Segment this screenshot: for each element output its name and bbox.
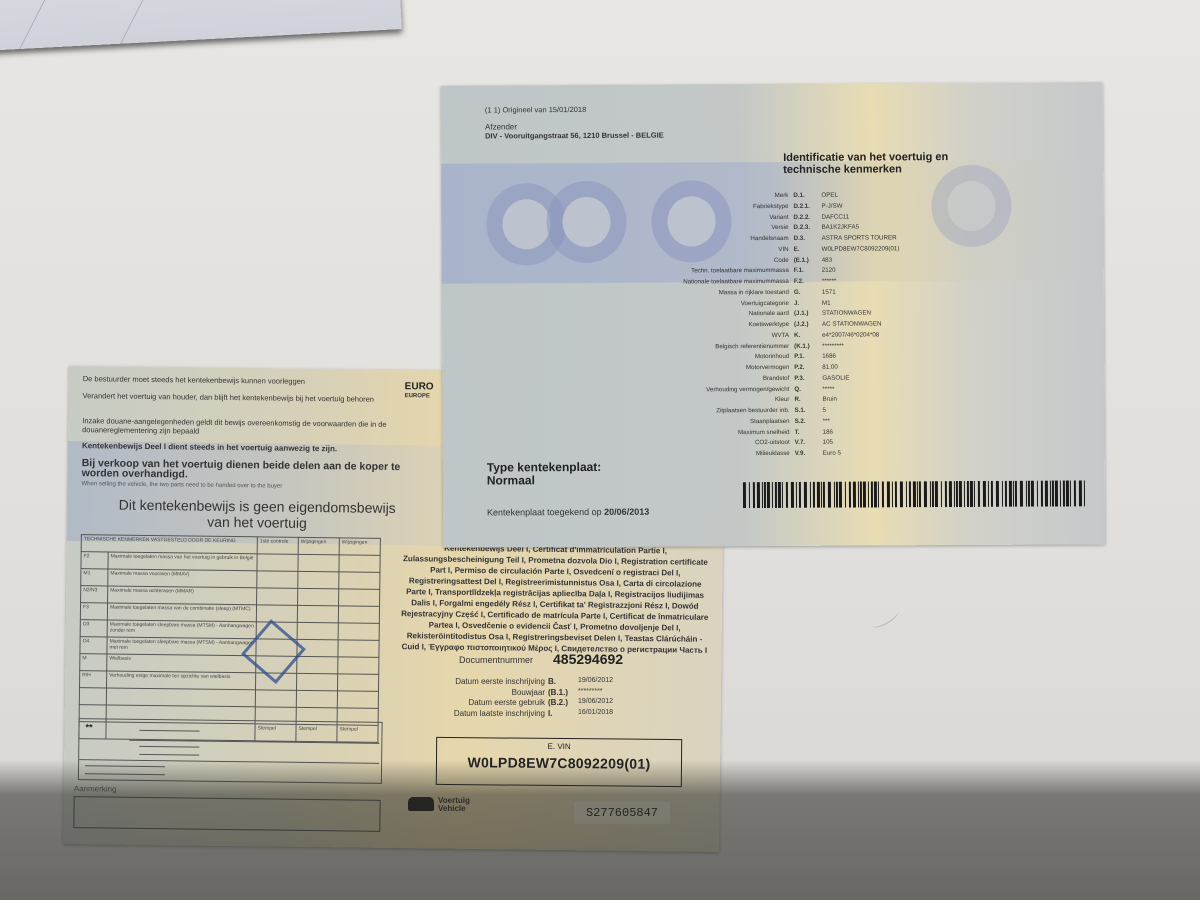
spec-code: P.2. (794, 364, 804, 371)
original-date: (1 1) Origineel van 15/01/2018 (485, 105, 586, 115)
row-code: O3 (80, 620, 107, 637)
section-title-line-1: Identificatie van het voertuig en (783, 151, 948, 164)
spec-value: Bruin (822, 396, 836, 403)
plate-type: Type kentekenplaat: Normaal (487, 461, 602, 488)
row-code: F3 (80, 603, 107, 620)
spec-code: S.2. (795, 418, 806, 425)
spec-value: e4*2007/46*0204*08 (822, 331, 879, 338)
spec-value: *** (823, 417, 830, 424)
row-text: Maximale massa voorasen (MMAV) (108, 569, 257, 588)
spec-code: P.3. (794, 375, 804, 382)
spec-label: Motorinhoud (755, 353, 789, 360)
spec-label: Verhouding vermogen/gewicht (706, 385, 789, 392)
annotation-label: Aanmerking (74, 784, 117, 794)
spec-label: Massa in rijklare toestand (719, 289, 789, 296)
spec-code: E. (794, 246, 800, 253)
spec-value: GASOLIE (822, 374, 849, 381)
serial-number: S277605847 (574, 802, 670, 824)
spec-value: ********* (822, 342, 844, 349)
date-code: (B.1.) (548, 688, 568, 697)
table-header: Wijzigingen (298, 537, 339, 554)
row-text: Maximale massa achterasen (MMAR) (108, 586, 257, 605)
spec-label: Motorvermogen (746, 364, 789, 371)
spec-label: Kleur (775, 396, 789, 403)
date-label: Datum eerste inschrijving (455, 677, 545, 686)
date-label: Datum eerste gebruik (469, 698, 545, 707)
spec-label: Zitplaatsen bestuurder inb. (716, 407, 789, 414)
spec-label: Brandstof (763, 375, 790, 382)
barcode (743, 480, 1086, 508)
spec-label: Milieuklasse (756, 450, 790, 457)
date-value: 19/06/2012 (578, 677, 613, 684)
spec-value: 1571 (822, 288, 836, 295)
spec-code: T. (795, 428, 800, 435)
vin-value: W0LPD8EW7C8092209(01) (437, 754, 681, 772)
spec-code: D.2.2. (793, 213, 810, 220)
spec-code: J. (794, 299, 799, 306)
spec-code: K. (794, 332, 800, 339)
multilingual-title: Kentekenbewijs Deel I, Certificat d'imma… (399, 542, 710, 656)
plate-assigned: Kentekenplaat toegekend op 20/06/2013 (487, 507, 649, 518)
table-header: Wijzigingen (339, 538, 380, 555)
spec-label: Koetswerktype (748, 321, 789, 328)
spec-code: F.1. (794, 267, 804, 274)
date-label: Datum laatste inschrijving (454, 709, 545, 718)
wheel-watermark (546, 181, 626, 263)
spec-value: STATIONWAGEN (822, 310, 871, 317)
plate-type-value: Normaal (487, 474, 602, 488)
plate-assigned-label: Kentekenplaat toegekend op (487, 507, 602, 518)
date-code: (B.2.) (548, 698, 568, 707)
date-value: 19/06/2012 (578, 698, 613, 705)
spec-label: Nationale toelaatbare maximummassa (683, 278, 789, 286)
europe-label: EUROPE (405, 392, 430, 401)
date-label: Bouwjaar (512, 688, 545, 697)
spec-value: 1686 (822, 353, 836, 360)
spec-value: Euro 5 (823, 450, 841, 457)
spec-value: 2120 (822, 267, 836, 274)
row-text: Maximale toegelaten sleepbare massa (MTS… (107, 620, 256, 639)
section-title: Identificatie van het voertuig en techni… (783, 151, 948, 176)
spec-value: OPEL (821, 192, 838, 199)
spec-label: Handelsnaam (750, 235, 788, 242)
spec-label: Voertuigcategorie (741, 299, 789, 306)
spec-value: 105 (823, 439, 833, 446)
remarks-box: ** (78, 718, 383, 784)
technical-table: TECHNISCHE KENMERKEN VASTGESTELD DOOR DE… (78, 534, 380, 743)
spec-value: BA1K2JKFA5 (822, 224, 860, 231)
row-text: Maximale toegelaten massa van de combina… (107, 603, 256, 622)
sale-notice: Bij verkoop van het voertuig dienen beid… (82, 458, 402, 482)
spec-label: Versie (771, 224, 788, 231)
spec-code: D.2.1. (793, 203, 810, 210)
spec-label: Variant (769, 213, 788, 220)
spec-code: R. (794, 396, 800, 403)
row-code: N2/N3 (81, 586, 108, 603)
plate-assigned-date: 20/06/2013 (604, 507, 649, 517)
row-code: F2 (81, 552, 108, 569)
spec-code: V.7. (795, 439, 805, 446)
document-number-label: Documentnummer (459, 655, 533, 665)
car-icon (408, 797, 434, 811)
holder-notice: Verandert het voertuig van houder, dan b… (83, 391, 423, 404)
spec-code: V.9. (795, 450, 805, 457)
spec-value: 81.00 (822, 364, 838, 371)
envelope-corner (0, 0, 402, 51)
row-code: O4 (80, 637, 107, 654)
vin-box: E. VIN W0LPD8EW7C8092209(01) (436, 737, 682, 787)
spec-value: ****** (822, 278, 836, 285)
row-code: R/H (80, 671, 107, 688)
registration-part-right: (1 1) Origineel van 15/01/2018 Afzender … (441, 82, 1105, 547)
vehicle-label-en: Vehicle (438, 805, 470, 813)
spec-label: CO2-uitstoot (755, 439, 790, 446)
ownership-notice: Dit kentekenbewijs is geen eigendomsbewi… (107, 496, 407, 532)
spec-value: 5 (822, 407, 825, 414)
section-title-line-2: technische kenmerken (783, 163, 948, 176)
spec-code: S.1. (794, 407, 805, 414)
date-code: I. (548, 709, 552, 718)
spec-label: Fabriekstype (753, 203, 788, 210)
spec-code: D.1. (793, 192, 804, 199)
spec-value: ***** (822, 385, 834, 392)
remarks-marker: ** (85, 722, 92, 732)
spec-code: G. (794, 289, 801, 296)
euro-label: EURO (405, 382, 434, 391)
row-code: M1 (81, 569, 108, 586)
spec-code: F.2. (794, 278, 804, 285)
row-text: Maximale toegelaten massa van het voertu… (108, 552, 257, 571)
document-number: 485294692 (553, 651, 623, 667)
driver-notice: De bestuurder moet steeds het kentekenbe… (83, 374, 305, 386)
spec-value: 186 (823, 428, 833, 435)
spec-label: Belgisch referentienummer (715, 342, 789, 349)
spec-code: D.2.3. (794, 224, 811, 231)
date-code: B. (548, 677, 556, 686)
spec-label: Staanplaatsen (750, 418, 790, 425)
spec-label: Code (774, 256, 789, 263)
spec-code: Q. (794, 385, 801, 392)
spec-value: AC STATIONWAGEN (822, 320, 881, 327)
spec-code: (E.1.) (794, 256, 809, 263)
sender-address: DIV - Vooruitgangstraat 56, 1210 Brussel… (485, 131, 664, 141)
vin-label: E. VIN (437, 741, 681, 752)
spec-row: MilieuklasseV.9.Euro 5 (683, 449, 1013, 461)
date-value: 16/01/2018 (578, 709, 613, 716)
spec-code: D.3. (794, 235, 805, 242)
row-code: M (80, 654, 107, 671)
spec-code: (J.2.) (794, 321, 808, 328)
spec-value: M1 (822, 299, 831, 306)
date-value: ********* (578, 688, 603, 695)
spec-label: Merk (775, 192, 789, 199)
spec-value: DAFCC11 (821, 213, 849, 220)
spec-value: 483 (822, 256, 832, 263)
annotation-box (73, 796, 380, 832)
spec-label: Maximum snelheid (738, 428, 790, 435)
spec-label: Nationale aard (749, 310, 789, 317)
row-text: Wielbasis (107, 654, 256, 673)
spec-value: ASTRA SPORTS TOURER (822, 234, 897, 241)
specs-list: MerkD.1.OPELFabriekstypeD.2.1.P-J/SWVari… (441, 82, 1103, 85)
table-header: 1ste controle (257, 537, 298, 554)
spec-code: (J.1.) (794, 310, 808, 317)
table-header: TECHNISCHE KENMERKEN VASTGESTELD DOOR DE… (81, 535, 257, 554)
spec-code: P.1. (794, 353, 804, 360)
customs-notice: Inzake douane-aangelegenheden geldt dit … (82, 416, 422, 438)
row-text: Maximale toegelaten sleepbare massa (MTS… (107, 637, 256, 656)
row-text: Verhouding enige maximale ten opzichte v… (107, 671, 256, 690)
spec-value: P-J/SW (821, 202, 842, 209)
pen-mark (869, 606, 900, 631)
vehicle-label: Voertuig Vehicle (438, 797, 470, 813)
spec-label: WVTA (772, 332, 789, 339)
spec-code: (K.1.) (794, 342, 810, 349)
spec-value: W0LPD8EW7C8092209(01) (822, 245, 900, 252)
sender-label: Afzender (485, 122, 517, 131)
spec-label: VIN (778, 246, 788, 253)
spec-label: Techn. toelaatbare maximummassa (691, 267, 789, 275)
